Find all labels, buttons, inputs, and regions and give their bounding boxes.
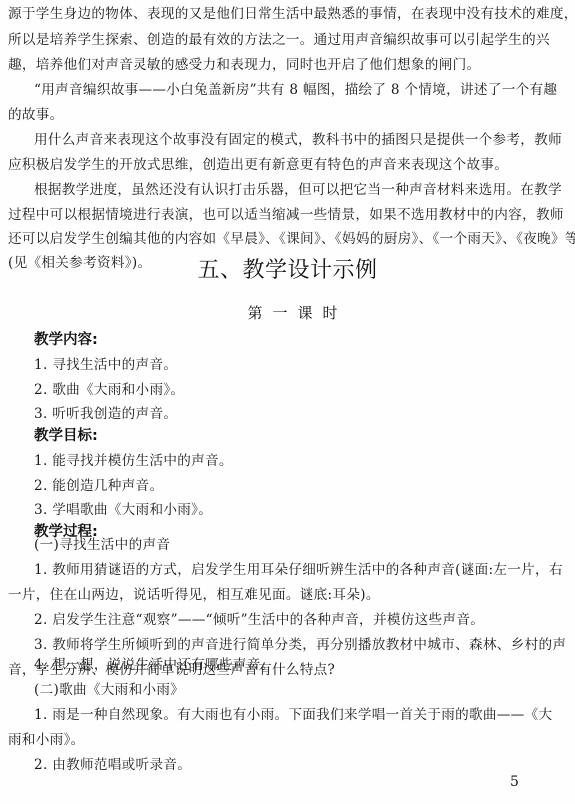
text-line: 过程中可以根据情境进行表演，也可以适当缩减一些情景，如果不选用教材中的内容，教师 <box>8 205 538 225</box>
section-subtitle: 第一课时 <box>0 303 575 323</box>
section-title: 五、教学设计示例 <box>0 257 575 285</box>
text-line: 的故事。 <box>8 105 538 125</box>
list-item: 3. 听听我创造的声音。 <box>34 404 564 424</box>
list-item: 3. 学唱歌曲《大雨和小雨》。 <box>34 500 564 520</box>
text-line: 应积极启发学生的开放式思维，创造出更有新意更有特色的声音来表现这个故事。 <box>8 155 538 175</box>
text-line: 1. 雨是一种自然现象。有大雨也有小雨。下面我们来学唱一首关于雨的歌曲——《大 <box>34 705 564 725</box>
text-line: 雨和小雨》。 <box>8 730 538 750</box>
text-line: 3. 教师将学生所倾听到的声音进行简单分类，再分别播放教材中城市、森林、乡村的声 <box>34 635 564 655</box>
list-item: 2. 歌曲《大雨和小雨》。 <box>34 380 564 400</box>
list-item: 2. 能创造几种声音。 <box>34 476 564 496</box>
text-line: “用声音编织故事——小白兔盖新房”共有 8 幅图，描绘了 8 个情境，讲述了一个… <box>34 80 564 100</box>
document-page: 源于学生身边的物体、表现的又是他们日常生活中最熟悉的事情，在表现中没有技术的难度… <box>0 0 575 804</box>
text-line: 还可以启发学生创编其他的内容如《早晨》、《课间》、《妈妈的厨房》、《一个雨天》、… <box>8 229 538 249</box>
teaching-content-heading: 教学内容: <box>34 330 98 350</box>
text-line: 根据教学进度，虽然还没有认识打击乐器，但可以把它当一种声音材料来选用。在教学 <box>34 180 564 200</box>
text-line: 2. 启发学生注意“观察”——“倾听”生活中的各种声音，并模仿这些声音。 <box>34 610 564 630</box>
text-line: 趣，培养他们对声音灵敏的感受力和表现力，同时也开启了他们想象的闸门。 <box>8 55 538 75</box>
text-line: 所以是培养学生探索、创造的最有效的方法之一。通过用声音编织故事可以引起学生的兴 <box>8 30 538 50</box>
text-line: 2. 由教师范唱或听录音。 <box>34 755 564 775</box>
text-line: 用什么声音来表现这个故事没有固定的模式，教科书中的插图只是提供一个参考，教师 <box>34 130 564 150</box>
page-number: 5 <box>510 773 519 791</box>
list-item: 1. 寻找生活中的声音。 <box>34 355 564 375</box>
subsection-title: (二)歌曲《大雨和小雨》 <box>34 680 564 700</box>
list-item: 1. 能寻找并模仿生活中的声音。 <box>34 451 564 471</box>
teaching-goals-heading: 教学目标: <box>34 426 98 446</box>
subsection-title: (一)寻找生活中的声音 <box>34 535 564 555</box>
text-line: 4. 想一想，说说生活中还有哪些声音。 <box>34 655 564 675</box>
text-line: 源于学生身边的物体、表现的又是他们日常生活中最熟悉的事情，在表现中没有技术的难度… <box>8 4 538 24</box>
text-line: 一片，住在山两边，说话听得见，相互难见面。谜底:耳朵)。 <box>8 585 538 605</box>
text-line: 1. 教师用猜谜语的方式，启发学生用耳朵仔细听辨生活中的各种声音(谜面:左一片，… <box>34 560 564 580</box>
